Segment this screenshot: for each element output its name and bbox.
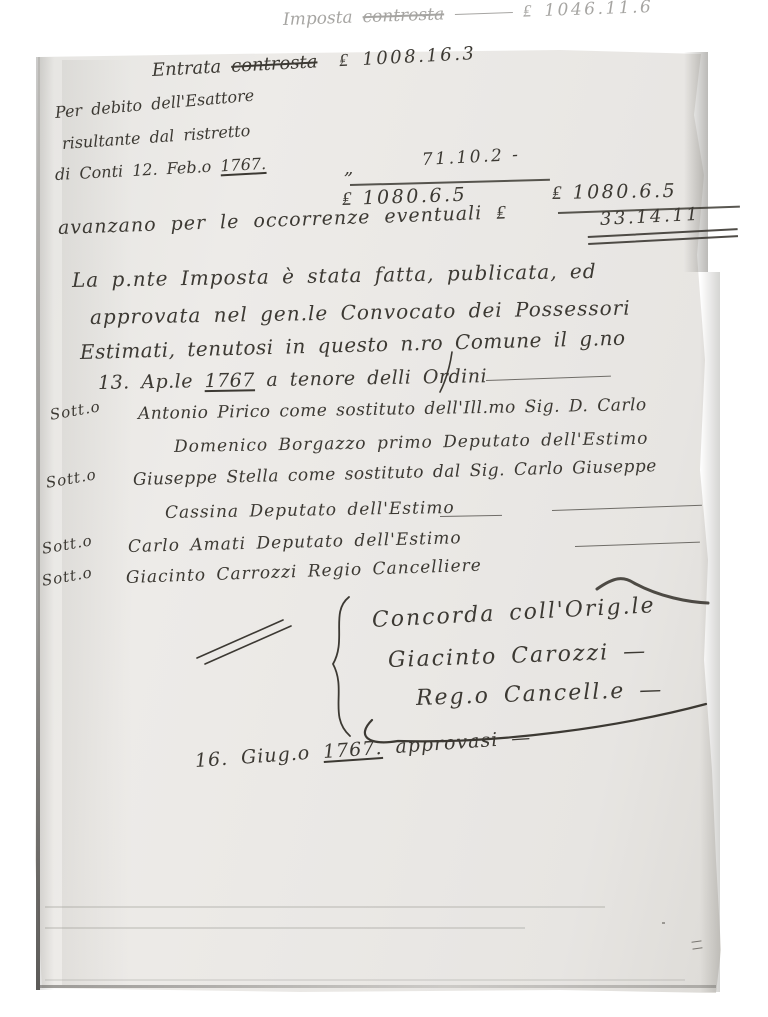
approval-date-year: 1767. bbox=[322, 737, 383, 763]
imposta-line: Impostacontrosta ₤ 1046.11.6 bbox=[283, 0, 654, 30]
scan-streak bbox=[45, 979, 685, 981]
entrata-currency: ₤ bbox=[339, 50, 352, 72]
imposta-label: Imposta bbox=[283, 8, 353, 30]
scan-streak bbox=[45, 927, 525, 929]
surplus-currency: ₤ bbox=[496, 201, 507, 223]
entrata-label: Entrata bbox=[151, 56, 221, 81]
imposta-currency: ₤ bbox=[523, 1, 535, 21]
total-right: ₤ 1080.6.5 bbox=[552, 180, 678, 205]
imposta-amount: 1046.11.6 bbox=[544, 0, 654, 21]
total-right-currency: ₤ bbox=[552, 182, 564, 204]
declaration-date-year: 1767 bbox=[204, 369, 255, 392]
declaration-date-prefix: 13. Ap.le bbox=[98, 370, 193, 394]
scan-streak bbox=[45, 906, 605, 908]
ditto-mark: „ bbox=[344, 158, 353, 179]
total-right-amount: 1080.6.5 bbox=[572, 180, 677, 204]
manuscript-scan: Impostacontrosta ₤ 1046.11.6 Entratacont… bbox=[0, 0, 768, 1017]
debit-date-year: 1767. bbox=[220, 154, 267, 175]
ink-speck bbox=[691, 940, 702, 949]
declaration-date-suffix: a tenore delli Ordini bbox=[266, 365, 487, 391]
ink-dash bbox=[455, 12, 513, 15]
entrata-struck-word: controsta bbox=[231, 51, 318, 76]
imposta-struck-word: controsta bbox=[362, 4, 444, 27]
ink-speck bbox=[662, 922, 665, 924]
